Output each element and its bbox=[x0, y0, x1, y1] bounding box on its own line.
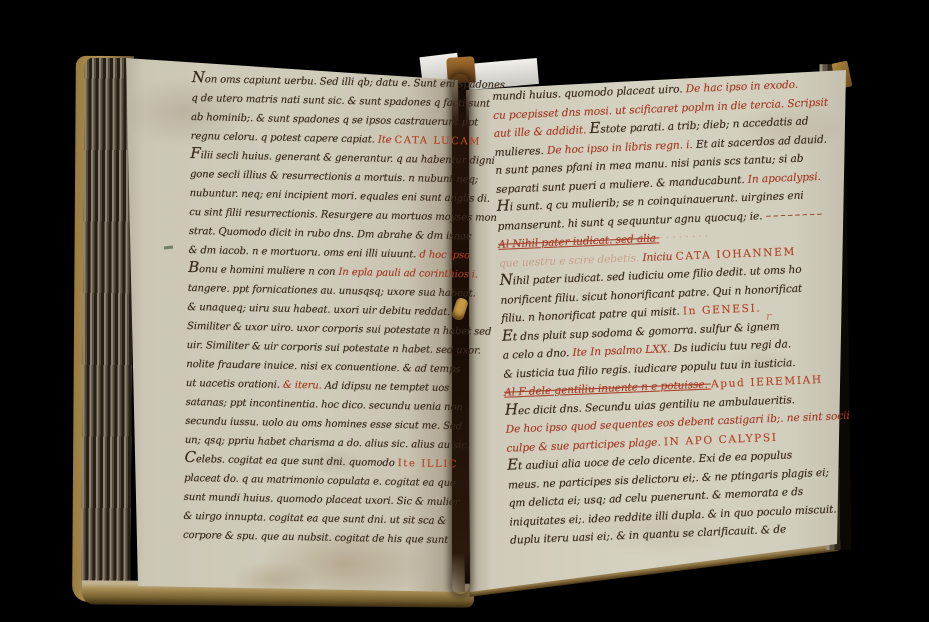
text-segment: elebs. cogitat ea que sunt dni. quomodo bbox=[196, 454, 398, 469]
text-segment: nolite fraudare inuice. nisi ex conuenti… bbox=[186, 359, 460, 375]
text-segment: on oms capiunt uerbu. Sed illi qb; datu … bbox=[205, 74, 505, 91]
manuscript-photo: Non oms capiunt uerbu. Sed illi qb; datu… bbox=[0, 0, 929, 622]
text-segment: uir. Similiter & uir corporis sui potest… bbox=[187, 340, 481, 357]
rubric-segment: que uestru e scire debetis. bbox=[499, 252, 643, 270]
rubric-segment: Ite In psalmo LXX. bbox=[572, 343, 674, 359]
text-segment: N bbox=[499, 270, 513, 289]
text-segment: ilii secli huius. generant & generantur.… bbox=[201, 150, 495, 167]
rubric-segment: Al Nihil pater iudicat. sed alia bbox=[498, 232, 659, 250]
text-segment: Et ait sacerdos ad dauid. bbox=[696, 133, 827, 150]
rubric-segment: In epla pauli ad corinthios i. bbox=[338, 267, 478, 281]
text-segment: & dm iacob. n e mortuoru. oms eni illi u… bbox=[188, 245, 419, 260]
marginal-mark: r bbox=[766, 310, 771, 323]
text-segment: ut uacetis orationi. bbox=[186, 378, 283, 391]
text-segment: nubuntur. neq; eni incipient mori. equal… bbox=[190, 188, 490, 205]
text-segment: B bbox=[188, 258, 199, 276]
left-page-edge-stack bbox=[72, 56, 134, 602]
text-segment: N bbox=[192, 68, 205, 86]
text-segment: H bbox=[496, 196, 510, 215]
rubric-segment: CATA IOHANNEM bbox=[675, 245, 796, 262]
text-segment: corpore & spu. que au nubsit. cogitat de… bbox=[183, 530, 448, 546]
text-segment: a celo a dno. bbox=[503, 347, 573, 362]
rubric-segment: Ite ILLIC bbox=[398, 458, 459, 470]
text-segment: strat. Quomodo dicit in rubo dns. Dm abr… bbox=[189, 226, 472, 242]
rubric-segment: De hoc ipso in libris regn. i. bbox=[547, 138, 696, 156]
rubric-segment: · · · · · · · · bbox=[659, 230, 708, 244]
text-segment: onu e homini muliere n con bbox=[199, 264, 339, 278]
rubric-segment: In GENESI. bbox=[683, 302, 762, 317]
text-segment: & uirgo innupta. cogitat ea que sunt dni… bbox=[183, 511, 446, 527]
rubric-segment: CATA LUCAM bbox=[394, 135, 481, 148]
text-segment: q de utero matris nati sunt sic. & sunt … bbox=[191, 93, 490, 110]
rubric-segment: aut ille & addidit. bbox=[494, 124, 590, 140]
left-page-text: Non oms capiunt uerbu. Sed illi qb; datu… bbox=[183, 70, 468, 550]
rubric-segment: In apocalypsi. bbox=[748, 170, 821, 185]
rubric-segment: Iniciu bbox=[642, 250, 676, 263]
right-page-text: mundi huius. quomodo placeat uiro. De ha… bbox=[492, 75, 846, 551]
rubric-segment: & iteru. bbox=[283, 380, 325, 392]
text-segment: gone secli illius & resurrectionis a mor… bbox=[190, 169, 478, 186]
text-segment: Ds iudiciu tuu regi da. bbox=[673, 338, 791, 355]
rubric-segment: IN APO CALYPSI bbox=[664, 431, 778, 448]
text-segment: satanas; ppt incontinentia. hoc dico. se… bbox=[186, 397, 463, 413]
rubric-segment: –––––––– bbox=[765, 207, 824, 221]
rubric-segment: Apud IEREMIAH bbox=[711, 374, 823, 390]
text-segment: un; qsq; ppriu habet charisma a do. aliu… bbox=[185, 435, 470, 451]
text-segment: E bbox=[589, 119, 601, 137]
text-segment: H bbox=[505, 400, 519, 419]
text-segment: secundu iussu. uolo au oms homines esse … bbox=[185, 416, 462, 432]
rubric-segment: Ite bbox=[378, 135, 395, 146]
text-segment: & unaqueq; uiru suu habeat. uxori uir de… bbox=[187, 302, 450, 318]
rubric-segment: d hoc ipso bbox=[419, 249, 470, 261]
text-segment: mulieres. bbox=[494, 144, 547, 158]
text-segment: Similiter & uxor uiro. uxor corporis sui… bbox=[187, 321, 491, 338]
page-edge-stripes bbox=[81, 58, 134, 600]
text-segment: Ad idipsu ne temptet uos bbox=[325, 381, 450, 394]
rubric-segment: De hac ipso in exodo. bbox=[685, 79, 798, 96]
text-segment: sunt mundi huius. quomodo placeat uxori.… bbox=[184, 492, 460, 508]
text-segment: regnu celoru. q potest capere capiat. bbox=[191, 131, 378, 146]
text-segment: cu sint filii resurrectionis. Resurgere … bbox=[189, 207, 497, 224]
text-segment: tangere. ppt fornicationes au. unusqsq; … bbox=[188, 283, 476, 300]
text-segment: E bbox=[502, 326, 514, 344]
text-segment: ab hominib;. & sunt spadones q se ipsos … bbox=[191, 112, 478, 129]
text-segment: placeat do. q au matrimonio copulata e. … bbox=[184, 473, 456, 489]
text-segment: E bbox=[507, 455, 519, 473]
text-segment: C bbox=[184, 448, 196, 466]
